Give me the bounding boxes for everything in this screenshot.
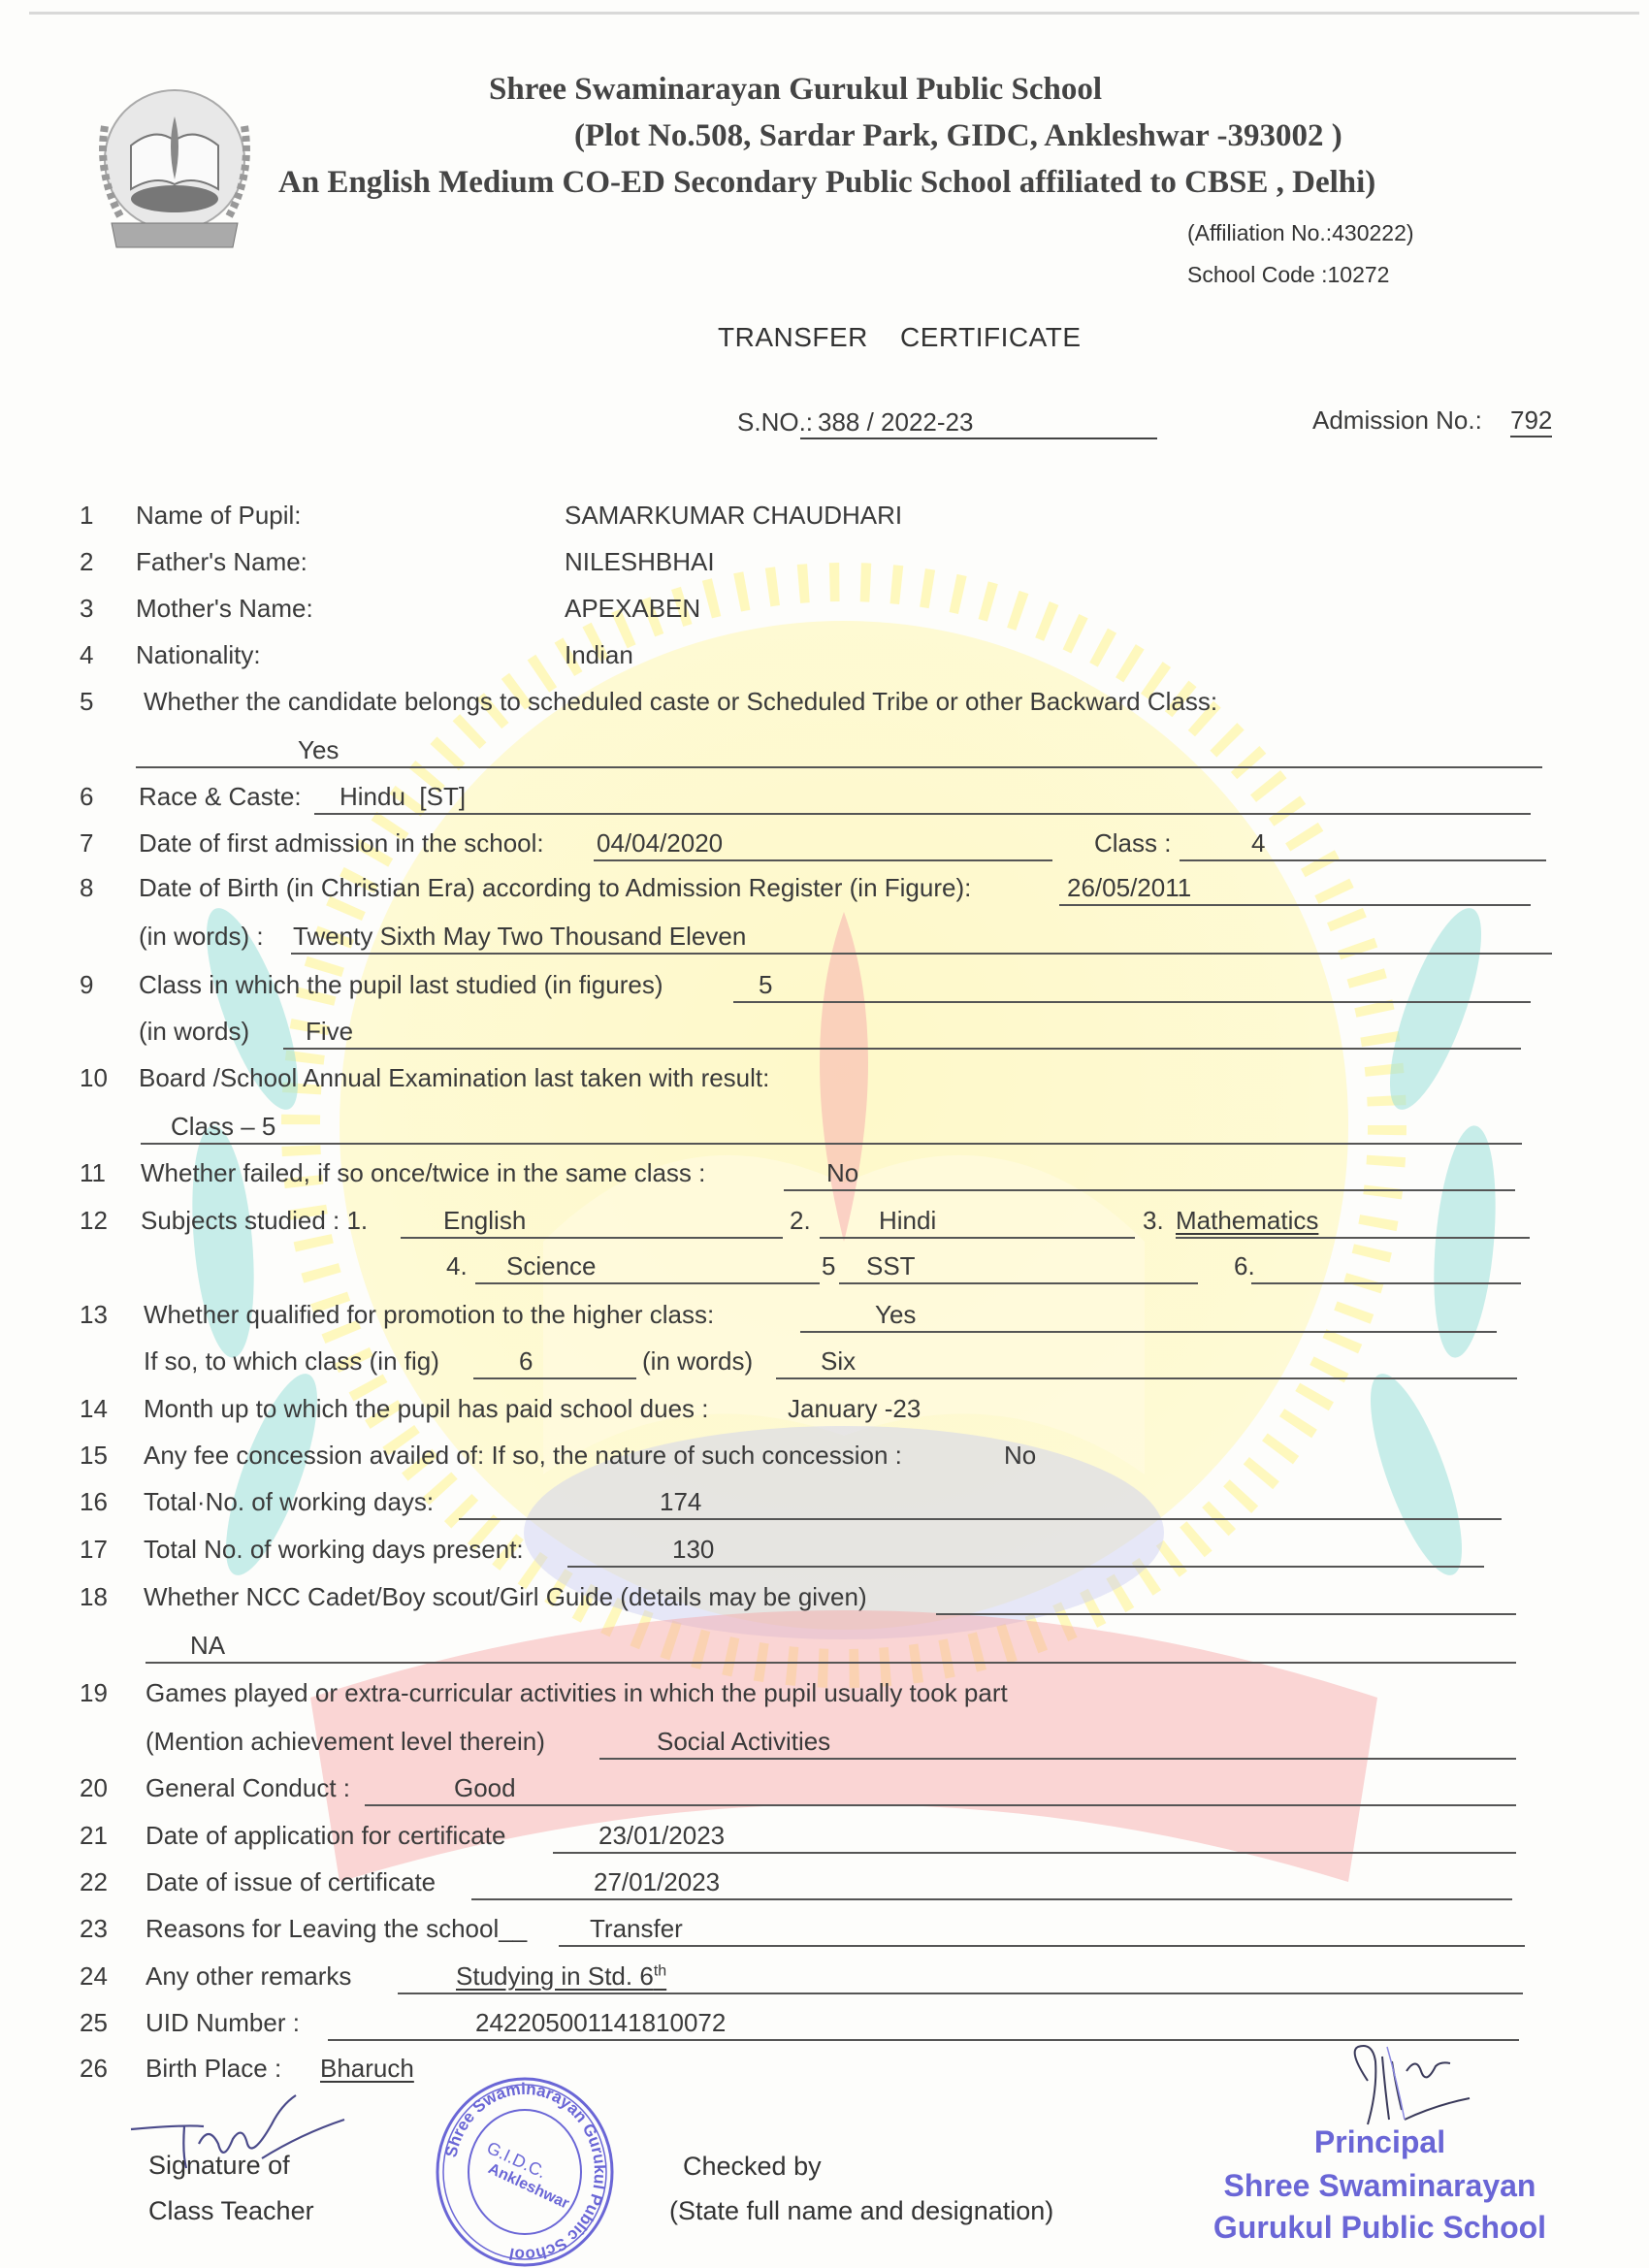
affiliation-number: (Affiliation No.:430222): [1187, 220, 1414, 246]
field-number: 6: [80, 782, 118, 812]
field-number: 20: [80, 1773, 118, 1803]
answer-line: [459, 1518, 1502, 1520]
field-number: 3: [80, 594, 118, 624]
field-value: Studying in Std. 6th: [456, 1961, 666, 1992]
field-number: 24: [80, 1961, 118, 1992]
field-label: Board /School Annual Examination last ta…: [139, 1063, 769, 1093]
field-value: Five: [306, 1017, 353, 1047]
answer-line: [1059, 904, 1531, 906]
answer-line: [473, 1377, 636, 1379]
field-first-admission: 7 Date of first admission in the school:…: [0, 828, 1649, 867]
field-last-exam-result: Class – 5: [0, 1112, 1649, 1150]
field-value: Social Activities: [657, 1727, 830, 1757]
admission-number-label: Admission No.:: [1312, 405, 1482, 436]
field-value: NILESHBHAI: [565, 547, 715, 577]
answer-line: [567, 1566, 1484, 1568]
field-value: Twenty Sixth May Two Thousand Eleven: [293, 922, 746, 952]
field-value: 130: [672, 1535, 714, 1565]
answer-line: [1251, 1282, 1521, 1284]
answer-line: [141, 1143, 1522, 1145]
field-label: Any fee concession availed of: If so, th…: [144, 1441, 902, 1471]
class-teacher-title: Class Teacher: [148, 2196, 314, 2226]
field-number: 16: [80, 1487, 118, 1517]
school-name: Shree Swaminarayan Gurukul Public School: [489, 72, 1102, 108]
school-address: (Plot No.508, Sardar Park, GIDC, Anklesh…: [574, 118, 1342, 154]
field-application-date: 21 Date of application for certificate 2…: [0, 1821, 1649, 1860]
answer-line: [839, 1282, 1198, 1284]
field-fathers-name: 2 Father's Name: NILESHBHAI: [0, 547, 1649, 586]
field-number: 5: [80, 687, 118, 717]
school-emblem-icon: [87, 58, 262, 262]
field-failed: 11 Whether failed, if so once/twice in t…: [0, 1158, 1649, 1197]
field-value: Yes: [298, 735, 339, 765]
field-leaving-reason: 23 Reasons for Leaving the school__ Tran…: [0, 1914, 1649, 1953]
class-label: Class :: [1094, 828, 1171, 859]
field-subjects-row-2: 4. Science 5 SST 6.: [0, 1251, 1649, 1290]
field-mothers-name: 3 Mother's Name: APEXABEN: [0, 594, 1649, 632]
promotion-class-words: Six: [821, 1346, 856, 1377]
field-label: (Mention achievement level therein): [145, 1727, 545, 1757]
field-number: 15: [80, 1441, 118, 1471]
answer-line: [145, 1662, 1516, 1664]
field-number: 1: [80, 501, 118, 531]
answer-line: [136, 766, 1542, 768]
field-last-class-words: (in words) Five: [0, 1017, 1649, 1055]
field-conduct: 20 General Conduct : Good: [0, 1773, 1649, 1812]
field-value: No: [1004, 1441, 1036, 1471]
school-code: School Code :10272: [1187, 262, 1389, 288]
field-value: 174: [660, 1487, 701, 1517]
field-working-days: 16 Total·No. of working days: 174: [0, 1487, 1649, 1526]
field-last-exam: 10 Board /School Annual Examination last…: [0, 1063, 1649, 1102]
field-label: Reasons for Leaving the school__: [145, 1914, 527, 1944]
field-number: 22: [80, 1867, 118, 1897]
field-subjects: 12 Subjects studied : 1. English 2. Hind…: [0, 1206, 1649, 1245]
field-label: If so, to which class (in fig): [144, 1346, 439, 1377]
field-number: 9: [80, 970, 118, 1000]
field-label: Games played or extra-curricular activit…: [145, 1678, 1008, 1708]
field-label: Whether qualified for promotion to the h…: [144, 1300, 714, 1330]
subject-4: Science: [506, 1251, 597, 1281]
field-label: Month up to which the pupil has paid sch…: [144, 1394, 709, 1424]
answer-line: [283, 1048, 1521, 1050]
field-number: 2: [80, 547, 118, 577]
field-value: Indian: [565, 640, 633, 670]
principal-title: Principal: [1309, 2124, 1450, 2160]
answer-line: [365, 1804, 1516, 1806]
field-number: 21: [80, 1821, 118, 1851]
field-value: 23/01/2023: [598, 1821, 725, 1851]
answer-line: [314, 813, 1531, 815]
field-category-answer: Yes: [0, 735, 1649, 774]
field-date-of-birth: 8 Date of Birth (in Christian Era) accor…: [0, 873, 1649, 912]
subject-5: SST: [866, 1251, 916, 1281]
field-label: Total No. of working days present:: [144, 1535, 524, 1565]
answer-line: [398, 1993, 1523, 1994]
page-edge: [29, 12, 1639, 15]
subject-6-number: 6.: [1234, 1251, 1255, 1281]
field-promotion: 13 Whether qualified for promotion to th…: [0, 1300, 1649, 1339]
answer-line: [776, 1377, 1517, 1379]
field-activities: 19 Games played or extra-curricular acti…: [0, 1678, 1649, 1717]
class-value: 4: [1251, 828, 1265, 859]
field-value: 5: [759, 970, 772, 1000]
field-label: Race & Caste:: [139, 782, 302, 812]
field-label: UID Number :: [145, 2008, 300, 2038]
field-label: Father's Name:: [136, 547, 307, 577]
answer-line: [1176, 1237, 1530, 1239]
field-label: Date of issue of certificate: [145, 1867, 436, 1897]
field-number: 7: [80, 828, 118, 859]
field-remarks: 24 Any other remarks Studying in Std. 6t…: [0, 1961, 1649, 2000]
field-days-present: 17 Total No. of working days present: 13…: [0, 1535, 1649, 1573]
principal-school-line-1: Shree Swaminarayan: [1217, 2168, 1542, 2204]
serial-number-value: 388 / 2022-23: [800, 407, 1157, 439]
checked-by-label: Checked by: [683, 2152, 822, 2182]
field-ncc-answer: NA: [0, 1631, 1649, 1669]
field-label: Whether failed, if so once/twice in the …: [141, 1158, 705, 1188]
field-nationality: 4 Nationality: Indian: [0, 640, 1649, 679]
field-label: (in words): [642, 1346, 753, 1377]
answer-line: [553, 1852, 1516, 1854]
field-label: General Conduct :: [145, 1773, 350, 1803]
field-value: Good: [454, 1773, 516, 1803]
field-label: Mother's Name:: [136, 594, 313, 624]
answer-line: [784, 1189, 1515, 1191]
field-number: 26: [80, 2054, 118, 2084]
certificate-title: TRANSFER CERTIFICATE: [718, 322, 1082, 353]
subject-2: Hindi: [879, 1206, 936, 1236]
answer-line: [291, 953, 1552, 955]
field-label: Date of application for certificate: [145, 1821, 505, 1851]
field-label: Date of Birth (in Christian Era) accordi…: [139, 873, 971, 903]
checked-by-note: (State full name and designation): [669, 2196, 1053, 2226]
remarks-text: Studying in Std. 6: [456, 1961, 654, 1991]
field-label: Whether the candidate belongs to schedul…: [144, 687, 1217, 717]
answer-line: [1180, 859, 1546, 861]
field-value: 04/04/2020: [597, 828, 723, 859]
answer-line: [599, 1758, 1516, 1760]
answer-line: [471, 1898, 1512, 1900]
field-value: Hindu [ST]: [339, 782, 466, 812]
field-number: 17: [80, 1535, 118, 1565]
field-number: 23: [80, 1914, 118, 1944]
field-value: 242205001141810072: [475, 2008, 726, 2038]
field-value: Class – 5: [171, 1112, 275, 1142]
answer-line: [936, 1613, 1516, 1615]
field-label: Nationality:: [136, 640, 261, 670]
answer-line: [733, 1001, 1531, 1003]
field-label: Total·No. of working days:: [144, 1487, 434, 1517]
answer-line: [594, 859, 1052, 861]
field-label: Class in which the pupil last studied (i…: [139, 970, 663, 1000]
field-number: 19: [80, 1678, 118, 1708]
subject-3-number: 3.: [1143, 1206, 1164, 1236]
field-label: Whether NCC Cadet/Boy scout/Girl Guide (…: [144, 1582, 867, 1612]
field-value: 26/05/2011: [1067, 873, 1191, 903]
field-value: Yes: [875, 1300, 916, 1330]
field-number: 14: [80, 1394, 118, 1424]
answer-line: [800, 1331, 1497, 1333]
subject-2-number: 2.: [790, 1206, 811, 1236]
field-ncc: 18 Whether NCC Cadet/Boy scout/Girl Guid…: [0, 1582, 1649, 1621]
field-label: Any other remarks: [145, 1961, 351, 1992]
field-category: 5 Whether the candidate belongs to sched…: [0, 687, 1649, 726]
field-last-class: 9 Class in which the pupil last studied …: [0, 970, 1649, 1009]
field-number: 12: [80, 1206, 118, 1236]
subject-4-number: 4.: [446, 1251, 468, 1281]
field-value: Transfer: [590, 1914, 683, 1944]
field-number: 10: [80, 1063, 118, 1093]
field-value: SAMARKUMAR CHAUDHARI: [565, 501, 902, 531]
admission-number-value: 792: [1510, 405, 1552, 437]
class-teacher-signature-label: Signature of: [148, 2151, 290, 2181]
field-promotion-class: If so, to which class (in fig) 6 (in wor…: [0, 1346, 1649, 1385]
field-value: NA: [190, 1631, 225, 1661]
field-value: January -23: [788, 1394, 921, 1424]
field-value: 27/01/2023: [594, 1867, 720, 1897]
subject-3: Mathematics: [1176, 1206, 1318, 1236]
field-number: 8: [80, 873, 118, 903]
field-label: Subjects studied : 1.: [141, 1206, 368, 1236]
answer-line: [401, 1237, 783, 1239]
answer-line: [820, 1237, 1135, 1239]
school-stamp-icon: Shree Swaminarayan Gurukul Public School…: [435, 2076, 615, 2268]
field-label: (in words) :: [139, 922, 264, 952]
answer-line: [328, 2039, 1519, 2041]
field-number: 25: [80, 2008, 118, 2038]
field-fee-concession: 15 Any fee concession availed of: If so,…: [0, 1441, 1649, 1479]
field-date-of-birth-words: (in words) : Twenty Sixth May Two Thousa…: [0, 922, 1649, 960]
field-race-caste: 6 Race & Caste: Hindu [ST]: [0, 782, 1649, 821]
field-number: 11: [80, 1158, 118, 1188]
field-value: Bharuch: [320, 2054, 414, 2084]
field-label: (in words): [139, 1017, 249, 1047]
field-label: Name of Pupil:: [136, 501, 302, 531]
field-value: No: [826, 1158, 858, 1188]
subject-1: English: [443, 1206, 526, 1236]
remarks-superscript: th: [654, 1962, 666, 1979]
answer-line: [475, 1282, 820, 1284]
field-number: 18: [80, 1582, 118, 1612]
field-name-of-pupil: 1 Name of Pupil: SAMARKUMAR CHAUDHARI: [0, 501, 1649, 539]
field-label: Date of first admission in the school:: [139, 828, 544, 859]
school-affiliation: An English Medium CO-ED Secondary Public…: [278, 165, 1375, 201]
field-number: 4: [80, 640, 118, 670]
field-dues: 14 Month up to which the pupil has paid …: [0, 1394, 1649, 1433]
subject-5-number: 5: [822, 1251, 835, 1281]
field-issue-date: 22 Date of issue of certificate 27/01/20…: [0, 1867, 1649, 1906]
answer-line: [559, 1945, 1525, 1947]
field-activities-answer: (Mention achievement level therein) Soci…: [0, 1727, 1649, 1766]
principal-school-line-2: Gurukul Public School: [1203, 2210, 1557, 2246]
field-label: Birth Place :: [145, 2054, 281, 2084]
field-value: APEXABEN: [565, 594, 700, 624]
principal-signature-icon: [1329, 2042, 1474, 2129]
promotion-class-figure: 6: [519, 1346, 533, 1377]
field-uid: 25 UID Number : 242205001141810072: [0, 2008, 1649, 2047]
field-number: 13: [80, 1300, 118, 1330]
